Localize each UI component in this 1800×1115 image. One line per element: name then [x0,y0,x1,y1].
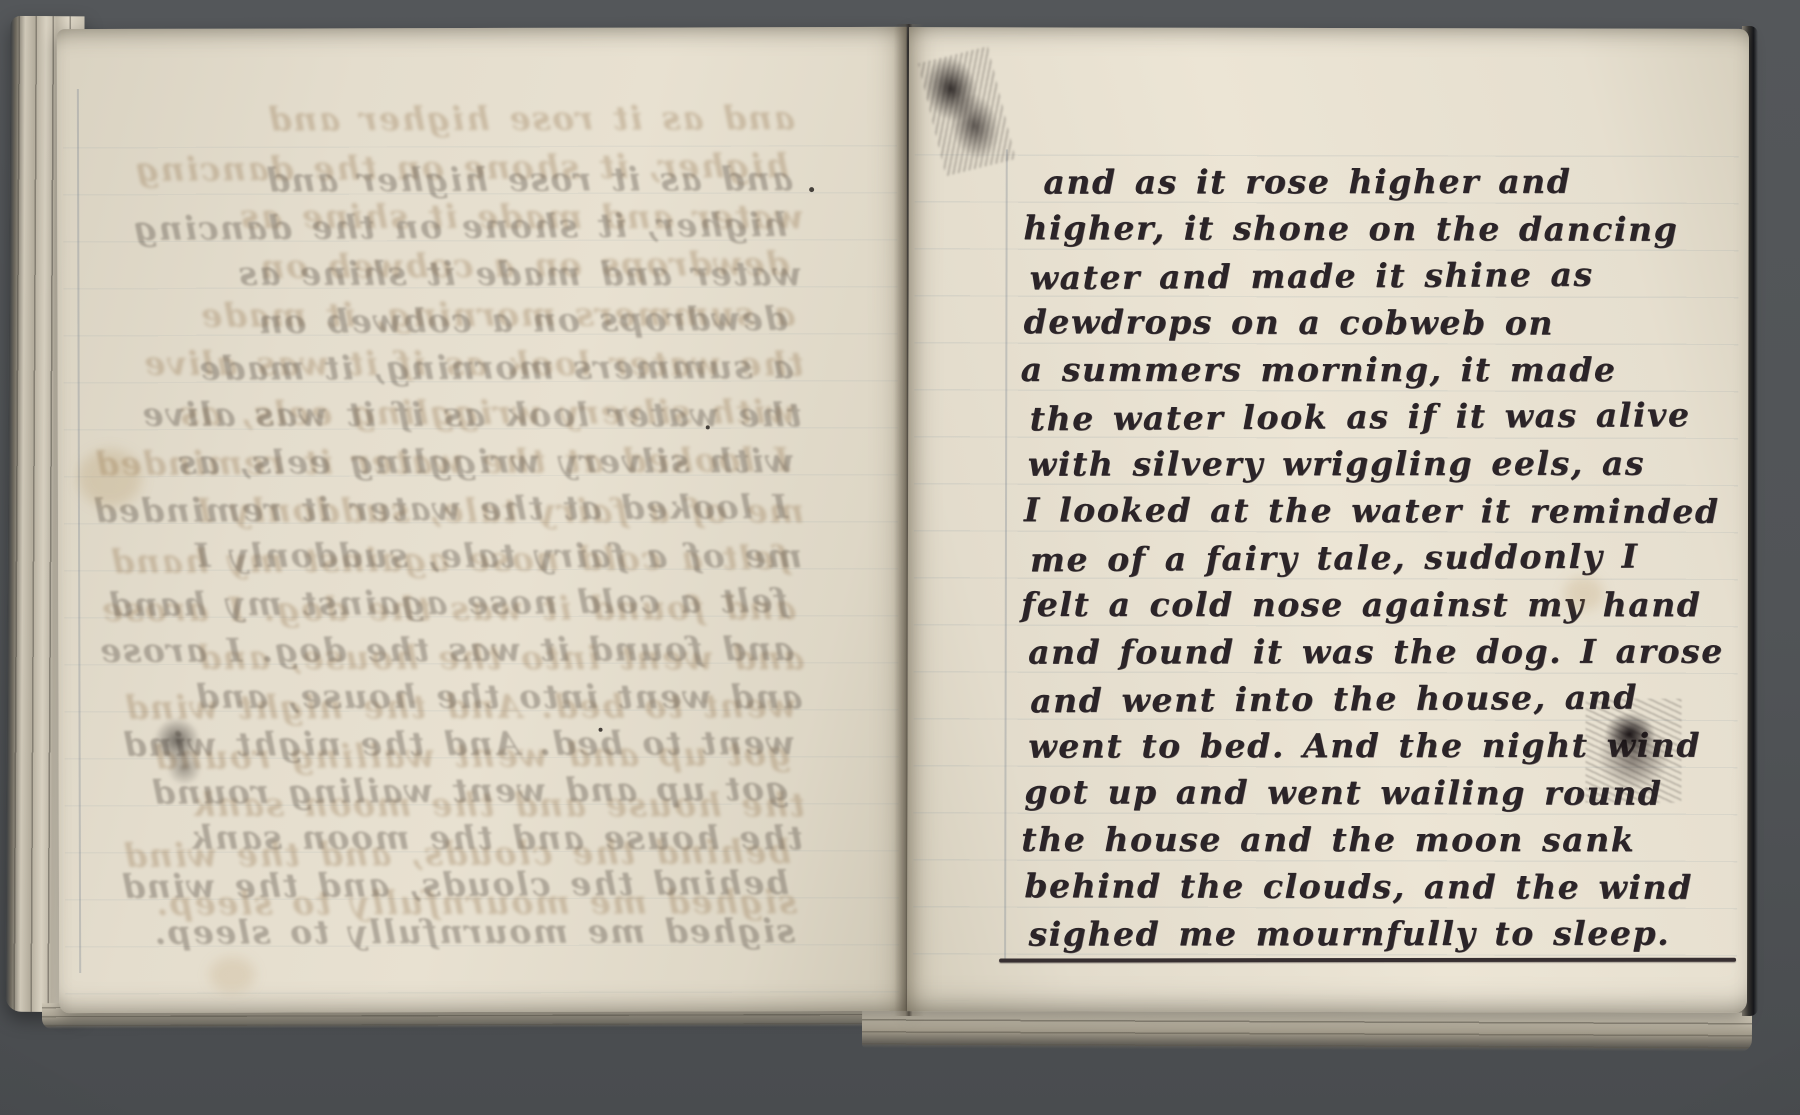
ink-speck [706,425,710,429]
right-page: and as it rose higher and higher, it sho… [907,27,1749,1013]
bleed-through-text: and as it rose higher and higher, it sho… [93,155,795,956]
ghost-line: the house and the moon sank [103,814,803,862]
ink-smudge [144,711,216,795]
ghost-line: the water look as if it was alive [102,391,802,439]
ghost-line: I looked at the water it reminded [88,483,788,534]
ghost-line: felt a cold nose against my hand [88,577,788,628]
ghost-line: water and made it shine as [101,250,801,298]
ink-speck [599,728,603,732]
ghost-line: and as it rose higher and [71,93,795,144]
handwritten-line: water and made it shine as [1029,250,1737,301]
ghost-line: and as it rose higher and [93,155,793,204]
handwritten-line: felt a cold nose against my hand [1021,581,1729,628]
paper-stain [1564,576,1604,610]
handwritten-line: sighed me mournfully to sleep. [1028,910,1736,958]
handwritten-line: the water look as if it was alive [1030,391,1738,442]
handwritten-line: higher, it shone on the dancing [1023,204,1731,253]
handwritten-line: with silvery wriggling eels, as [1028,440,1736,488]
ghost-line: sighed me mournfully to sleep. [95,907,795,956]
ghost-line: dewdrops on a cobweb on [87,295,787,346]
paper-stain [209,957,255,993]
handwritten-line: a summers morning, it made [1021,346,1729,393]
ghost-line: a summers morning, it made [94,343,794,392]
left-page: and as it rose higher and higher, it sho… [57,27,910,1013]
handwritten-line: the house and the moon sank [1021,816,1729,863]
handwritten-line: and found it was the dog. I arose [1028,628,1736,676]
ink-speck [809,187,814,192]
ghost-line: me of a fairy tale, suddonly I [102,532,802,580]
ghost-line: behind the clouds, and the wind [89,859,789,910]
handwritten-line: dewdrops on a cobweb on [1024,298,1732,347]
ghost-line: and found it was the dog. I arose [94,625,794,674]
handwritten-line: behind the clouds, and the wind [1024,862,1732,911]
paper-stain [78,449,142,507]
ghost-line: higher, it shone on the dancing [87,201,787,252]
ink-blot [1585,699,1681,803]
handwritten-line: and as it rose higher and [1027,158,1735,206]
handwritten-line: I looked at the water it reminded [1024,486,1732,535]
photograph-background: and as it rose higher and higher, it sho… [0,0,1800,1115]
ghost-line: with silvery wriggling eels, as [94,437,794,486]
handwritten-line: me of a fairy tale, suddonly I [1030,532,1738,583]
handwritten-text: and as it rose higher and higher, it sho… [1027,158,1736,958]
